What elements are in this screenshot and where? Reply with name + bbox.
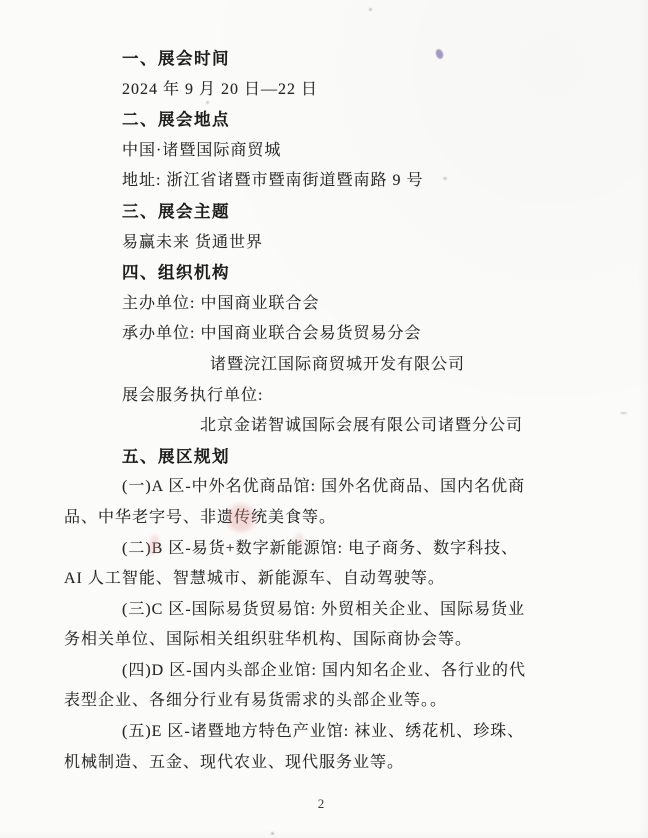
text-line: (二)B 区-易货+数字新能源馆: 电子商务、数字科技、 (0, 534, 648, 565)
text-line: 北京金诺智诚国际会展有限公司诸暨分公司 (0, 411, 648, 442)
section-heading: 二、展会地点 (0, 105, 648, 136)
text-line: 主办单位: 中国商业联合会 (0, 289, 648, 320)
section-heading: 一、展会时间 (0, 44, 648, 75)
text-line: AI 人工智能、智慧城市、新能源车、自动驾驶等。 (0, 564, 648, 595)
section-heading: 四、组织机构 (0, 258, 648, 289)
text-line: 易赢未来 货通世界 (0, 228, 648, 259)
text-line: 表型企业、各细分行业有易货需求的头部企业等。。 (0, 686, 648, 717)
text-line: 品、中华老字号、非遗传统美食等。 (0, 503, 648, 534)
document-body: 一、展会时间2024 年 9 月 20 日—22 日二、展会地点中国·诸暨国际商… (0, 0, 648, 778)
page-number: 2 (0, 796, 645, 812)
text-line: (五)E 区-诸暨地方特色产业馆: 袜业、绣花机、珍珠、 (0, 717, 648, 748)
text-line: 机械制造、五金、现代农业、现代服务业等。 (0, 748, 648, 779)
text-line: 2024 年 9 月 20 日—22 日 (0, 75, 648, 106)
text-line: (三)C 区-国际易货贸易馆: 外贸相关企业、国际易货业 (0, 595, 648, 626)
text-line: 中国·诸暨国际商贸城 (0, 136, 648, 167)
text-line: 承办单位: 中国商业联合会易货贸易分会 (0, 319, 648, 350)
text-line: 务相关单位、国际相关组织驻华机构、国际商协会等。 (0, 625, 648, 656)
section-heading: 五、展区规划 (0, 442, 648, 473)
text-line: 展会服务执行单位: (0, 381, 648, 412)
text-line: (一)A 区-中外名优商品馆: 国外名优商品、国内名优商 (0, 472, 648, 503)
text-line: 诸暨浣江国际商贸城开发有限公司 (0, 350, 648, 381)
section-heading: 三、展会主题 (0, 197, 648, 228)
text-line: 地址: 浙江省诸暨市暨南街道暨南路 9 号 (0, 166, 648, 197)
scanned-document: { "colors": { "paper": "#fbfbf9", "body_… (0, 0, 648, 838)
scan-artifact-speck-bottom (271, 832, 274, 835)
text-line: (四)D 区-国内头部企业馆: 国内知名企业、各行业的代 (0, 656, 648, 687)
